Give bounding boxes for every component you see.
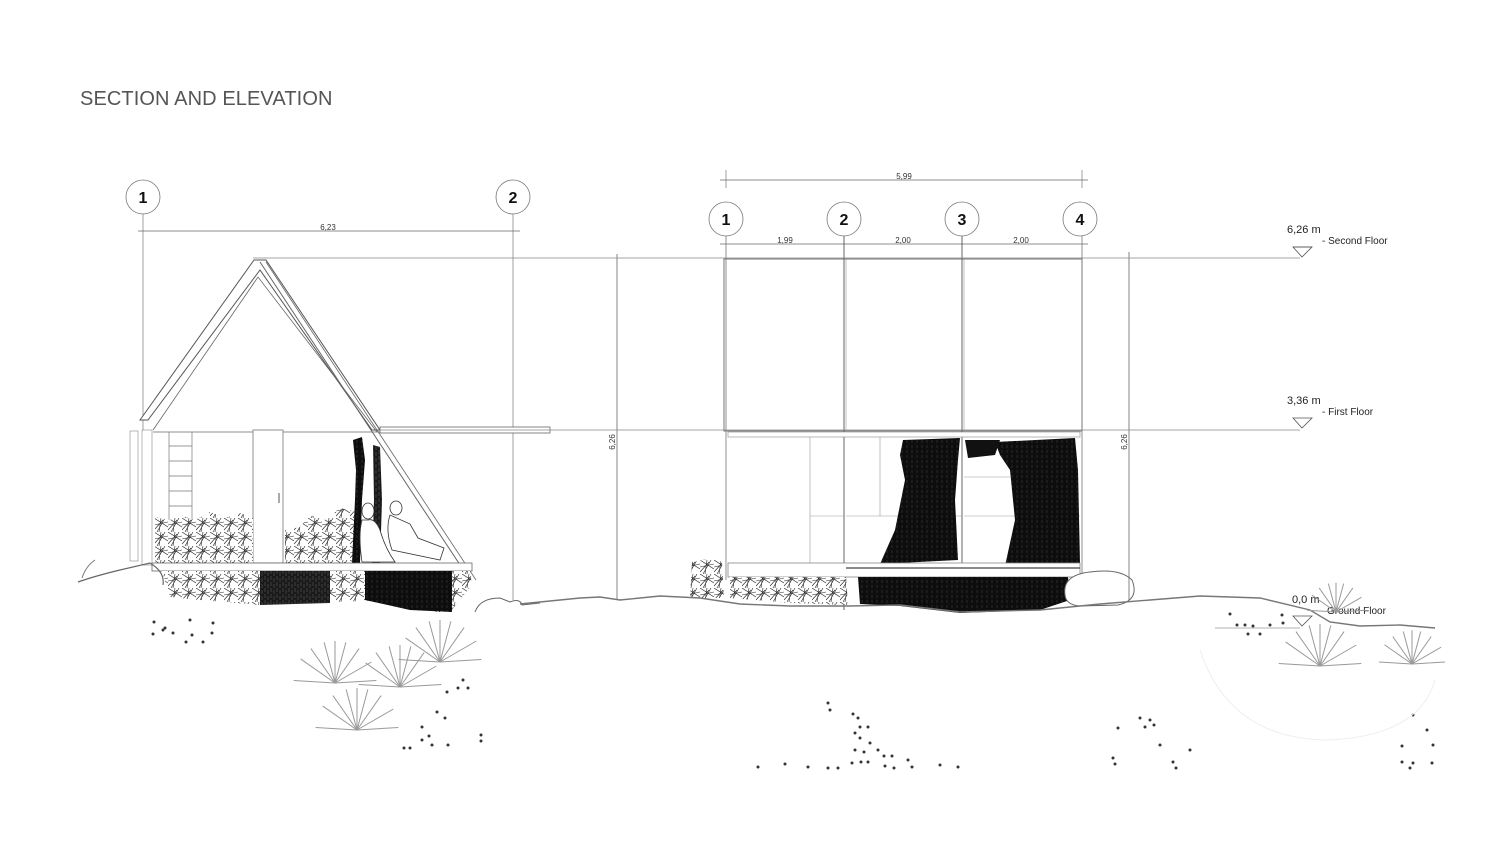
svg-text:3: 3: [958, 212, 967, 229]
level-marker-first-floor: 3,36 m - First Floor: [1287, 395, 1374, 428]
svg-text:1: 1: [722, 212, 731, 229]
svg-text:2: 2: [840, 212, 849, 229]
elev-grid-bubble-3: 3: [945, 202, 979, 236]
svg-text:6,26: 6,26: [1120, 434, 1129, 450]
grid-bubble-2: 2: [496, 180, 530, 214]
svg-text:2,00: 2,00: [1013, 236, 1029, 245]
elevation-drawing: 5,99 1 2 3 4 1,99 2,00 2,00: [690, 170, 1134, 613]
svg-text:6,23: 6,23: [320, 223, 336, 232]
svg-text:5,99: 5,99: [896, 172, 912, 181]
grass-tufts: [294, 583, 1445, 730]
svg-text:1,99: 1,99: [777, 236, 793, 245]
elevation-height-dimension: 6,26: [1120, 252, 1129, 600]
grid-bubble-1: 1: [126, 180, 160, 214]
svg-text:6,26 m: 6,26 m: [1287, 224, 1321, 236]
svg-text:2,00: 2,00: [895, 236, 911, 245]
section-drawing: 1 2 6,23: [78, 180, 550, 612]
svg-text:- Second Floor: - Second Floor: [1322, 236, 1388, 247]
svg-text:2: 2: [509, 190, 518, 207]
elev-grid-bubble-2: 2: [827, 202, 861, 236]
svg-text:1: 1: [139, 190, 148, 207]
svg-text:4: 4: [1076, 212, 1085, 229]
section-elevation-drawing: 1 2 6,23: [0, 0, 1500, 843]
svg-text:- First Floor: - First Floor: [1322, 407, 1374, 418]
svg-text:0,0 m: 0,0 m: [1292, 594, 1320, 606]
elev-grid-bubble-4: 4: [1063, 202, 1097, 236]
svg-text:3,36 m: 3,36 m: [1287, 395, 1321, 407]
svg-text:6,26: 6,26: [608, 434, 617, 450]
section-height-dimension: 6,26: [608, 254, 617, 600]
section-overall-dimension: 6,23: [138, 223, 520, 232]
people-figures: [360, 501, 444, 562]
ground-dots: [152, 613, 1435, 770]
level-marker-second-floor: 6,26 m - Second Floor: [1287, 224, 1388, 257]
elev-grid-bubble-1: 1: [709, 202, 743, 236]
elevation-overall-dimension: 5,99: [720, 170, 1088, 188]
